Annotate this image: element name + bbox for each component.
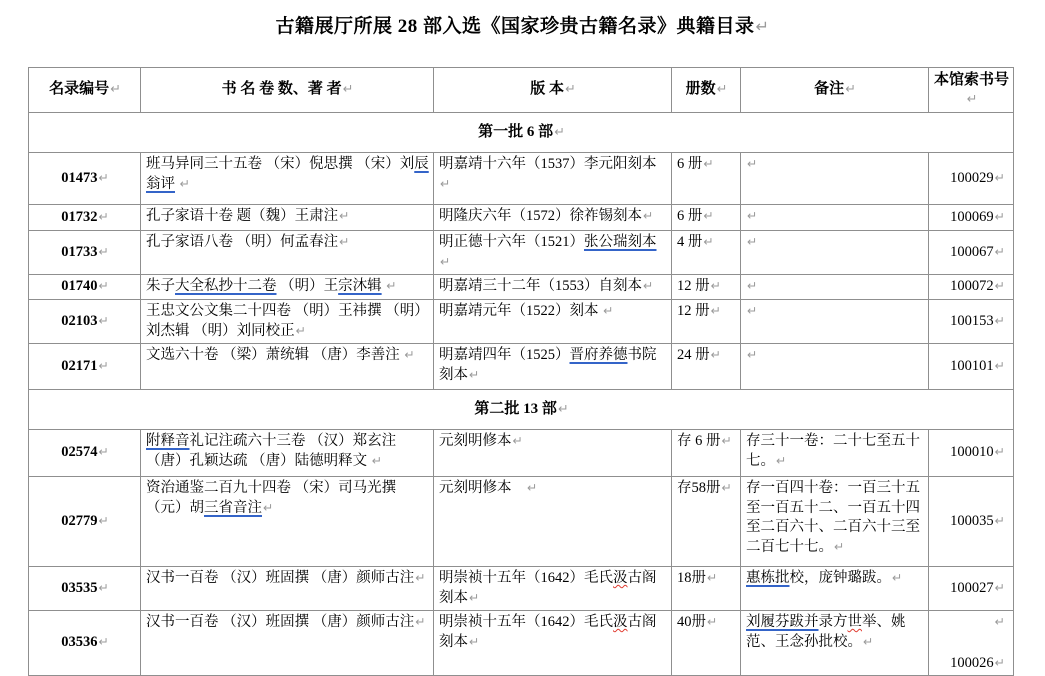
remarks-cell: ↵	[741, 231, 929, 275]
catalog-table: 名录编号↵书 名 卷 数、著 者↵版 本↵册数↵备注↵本馆索书号↵ 第一批 6 …	[28, 67, 1014, 676]
call-number-cell: 100153↵	[929, 300, 1014, 344]
call-number: 100067	[950, 244, 994, 260]
cell-text: 校，庞钟璐跋。	[790, 570, 892, 586]
table-head: 名录编号↵书 名 卷 数、著 者↵版 本↵册数↵备注↵本馆索书号↵	[29, 68, 1014, 113]
paragraph-mark-icon: ↵	[404, 348, 414, 362]
call-number-cell: 100069↵	[929, 205, 1014, 231]
paragraph-mark-icon: ↵	[995, 279, 1005, 293]
call-number: 100029	[950, 170, 994, 186]
paragraph-mark-icon: ↵	[98, 635, 108, 649]
section-row: 第一批 6 部↵	[29, 113, 1014, 153]
paragraph-mark-icon: ↵	[469, 368, 479, 382]
paragraph-mark-icon: ↵	[339, 209, 349, 223]
paragraph-mark-icon: ↵	[415, 571, 425, 585]
cell-text: 明正德十六年（1521）	[439, 234, 584, 250]
paragraph-mark-icon: ↵	[776, 454, 786, 468]
paragraph-mark-icon: ↵	[98, 171, 108, 185]
column-header-3: 册数↵	[672, 68, 741, 113]
cell-text: 孔子家语八卷 （明）何孟春注	[146, 234, 338, 250]
paragraph-mark-icon: ↵	[711, 348, 721, 362]
cell-text: 存一百四十卷：一百三十五至一百五十二、一百五十四至二百六十、二百六十三至二百七十…	[746, 480, 920, 555]
table-body: 第一批 6 部↵01473↵班马异同三十五卷 （宋）倪思撰 （宋）刘辰翁评 ↵明…	[29, 113, 1014, 676]
column-header-1: 书 名 卷 数、著 者↵	[141, 68, 434, 113]
column-header-label: 备注	[814, 81, 844, 97]
cell-text: （明）王	[277, 278, 339, 294]
catalog-number-cell: 02779↵	[29, 477, 141, 567]
paragraph-mark-icon: ↵	[415, 615, 425, 629]
column-header-5: 本馆索书号↵	[929, 68, 1014, 113]
book-title-author-cell: 文选六十卷 （梁）萧统辑 （唐）李善注 ↵	[141, 344, 434, 390]
call-number: 100026	[950, 655, 994, 671]
proof-marked-text: 刘履芬跋并	[746, 614, 819, 630]
proof-marked-text: 三省音注	[204, 500, 262, 516]
paragraph-mark-icon: ↵	[892, 571, 902, 585]
call-number: 100072	[950, 278, 994, 294]
catalog-number-cell: 03536↵	[29, 611, 141, 676]
book-title-author-cell: 资治通鉴二百九十四卷 （宋）司马光撰 （元）胡三省音注↵	[141, 477, 434, 567]
paragraph-mark-icon: ↵	[834, 540, 844, 554]
paragraph-mark-icon: ↵	[372, 454, 382, 468]
paragraph-mark-icon: ↵	[747, 304, 757, 318]
paragraph-mark-icon: ↵	[603, 304, 613, 318]
paragraph-mark-icon: ↵	[98, 581, 108, 595]
paragraph-mark-icon: ↵	[98, 359, 108, 373]
call-number-cell: 100035↵	[929, 477, 1014, 567]
paragraph-mark-icon: ↵	[98, 279, 108, 293]
cell-text: 明嘉靖十六年（1537）李元阳刻本	[439, 156, 657, 172]
catalog-number-cell: 02171↵	[29, 344, 141, 390]
paragraph-mark-icon: ↵	[703, 235, 713, 249]
catalog-number: 02779	[61, 513, 97, 529]
paragraph-mark-icon: ↵	[707, 615, 717, 629]
catalog-number-cell: 01473↵	[29, 153, 141, 205]
edition-cell: 明嘉靖四年（1525）晋府养德书院刻本↵	[434, 344, 672, 390]
remarks-cell: ↵	[741, 344, 929, 390]
table-row: 02779↵资治通鉴二百九十四卷 （宋）司马光撰 （元）胡三省音注↵元刻明修本 …	[29, 477, 1014, 567]
cell-text: 录方	[819, 614, 848, 630]
paragraph-mark-icon: ↵	[98, 445, 108, 459]
section-label: 第二批 13 部	[474, 401, 557, 417]
call-number-cell: 100072↵	[929, 275, 1014, 300]
cell-text: 孔子家语十卷 题（魏）王肃注	[146, 208, 338, 224]
paragraph-mark-icon: ↵	[98, 210, 108, 224]
column-header-label: 名录编号	[49, 81, 109, 97]
paragraph-mark-icon: ↵	[995, 656, 1005, 670]
paragraph-mark-icon: ↵	[513, 434, 523, 448]
column-header-4: 备注↵	[741, 68, 929, 113]
proof-marked-text: 世	[848, 614, 863, 630]
table-row: 02103↵王忠文公文集二十四卷 （明）王祎撰 （明）刘杰辑 （明）刘同校正↵明…	[29, 300, 1014, 344]
call-number-cell: 100067↵	[929, 231, 1014, 275]
book-title-author-cell: 汉书一百卷 （汉）班固撰 （唐）颜师古注↵	[141, 611, 434, 676]
call-number: 100101	[950, 358, 994, 374]
paragraph-mark-icon: ↵	[995, 210, 1005, 224]
cell-text: 元刻明修本	[439, 480, 526, 496]
cell-text: 汉书一百卷 （汉）班固撰 （唐）颜师古注	[146, 570, 414, 586]
proof-marked-text: 宗沐辑	[338, 278, 382, 294]
call-number: 100035	[950, 513, 994, 529]
edition-cell: 元刻明修本 ↵	[434, 477, 672, 567]
cell-text: 文选六十卷 （梁）萧统辑 （唐）李善注	[146, 347, 403, 363]
paragraph-mark-icon: ↵	[995, 359, 1005, 373]
call-number: 100027	[950, 580, 994, 596]
paragraph-mark-icon: ↵	[722, 434, 732, 448]
volume-count-cell: 存58册↵	[672, 477, 741, 567]
table-row: 02171↵文选六十卷 （梁）萧统辑 （唐）李善注 ↵明嘉靖四年（1525）晋府…	[29, 344, 1014, 390]
section-label: 第一批 6 部	[478, 124, 553, 140]
call-number-cell: 100101↵	[929, 344, 1014, 390]
book-title-author-cell: 王忠文公文集二十四卷 （明）王祎撰 （明）刘杰辑 （明）刘同校正↵	[141, 300, 434, 344]
volume-count: 40册	[677, 614, 706, 630]
catalog-number-cell: 02103↵	[29, 300, 141, 344]
call-number: 100153	[950, 313, 994, 329]
volume-count-cell: 40册↵	[672, 611, 741, 676]
call-number-cell: 100029↵	[929, 153, 1014, 205]
volume-count-cell: 4 册↵	[672, 231, 741, 275]
cell-text: 元刻明修本	[439, 433, 512, 449]
remarks-cell: 存一百四十卷：一百三十五至一百五十二、一百五十四至二百六十、二百六十三至二百七十…	[741, 477, 929, 567]
paragraph-mark-icon: ↵	[554, 125, 565, 140]
catalog-number-cell: 02574↵	[29, 430, 141, 477]
table-row: 03535↵汉书一百卷 （汉）班固撰 （唐）颜师古注↵明崇祯十五年（1642）毛…	[29, 567, 1014, 611]
paragraph-mark-icon: ↵	[386, 279, 396, 293]
paragraph-mark-icon: ↵	[711, 304, 721, 318]
book-title-author-cell: 孔子家语十卷 题（魏）王肃注↵	[141, 205, 434, 231]
volume-count-cell: 24 册↵	[672, 344, 741, 390]
volume-count: 12 册	[677, 303, 710, 319]
paragraph-mark-icon: ↵	[296, 324, 306, 338]
volume-count: 6 册	[677, 156, 702, 172]
catalog-number: 01733	[61, 244, 97, 260]
paragraph-mark-icon: ↵	[440, 177, 450, 191]
proof-marked-text: 张公瑞刻本	[584, 234, 657, 250]
paragraph-mark-icon: ↵	[643, 279, 653, 293]
table-row: 01740↵朱子大全私抄十二卷 （明）王宗沐辑 ↵明嘉靖三十二年（1553）自刻…	[29, 275, 1014, 300]
cell-text: 王忠文公文集二十四卷 （明）王祎撰 （明）刘杰辑 （明）刘同校正	[146, 303, 429, 339]
catalog-number-cell: 03535↵	[29, 567, 141, 611]
paragraph-mark-icon: ↵	[722, 481, 732, 495]
paragraph-mark-icon: ↵	[469, 591, 479, 605]
table-header-row: 名录编号↵书 名 卷 数、著 者↵版 本↵册数↵备注↵本馆索书号↵	[29, 68, 1014, 113]
volume-count-cell: 存 6 册↵	[672, 430, 741, 477]
paragraph-mark-icon: ↵	[755, 17, 769, 36]
paragraph-mark-icon: ↵	[343, 82, 354, 97]
call-number-cell: 100010↵	[929, 430, 1014, 477]
column-header-label: 册数	[686, 81, 716, 97]
page-title: 古籍展厅所展 28 部入选《国家珍贵古籍名录》典籍目录↵	[0, 11, 1045, 38]
table-row: 03536↵汉书一百卷 （汉）班固撰 （唐）颜师古注↵明崇祯十五年（1642）毛…	[29, 611, 1014, 676]
catalog-number: 02103	[61, 313, 97, 329]
catalog-number-cell: 01740↵	[29, 275, 141, 300]
call-number-cell: 100027↵	[929, 567, 1014, 611]
cell-text: 明崇祯十五年（1642）毛氏	[439, 570, 613, 586]
book-title-author-cell: 附释音礼记注疏六十三卷 （汉）郑玄注 （唐）孔颖达疏 （唐）陆德明释文 ↵	[141, 430, 434, 477]
volume-count-cell: 6 册↵	[672, 205, 741, 231]
paragraph-mark-icon: ↵	[339, 235, 349, 249]
book-title-author-cell: 班马异同三十五卷 （宋）倪思撰 （宋）刘辰翁评 ↵	[141, 153, 434, 205]
proof-marked-text: 汲	[613, 570, 628, 586]
catalog-number: 03536	[61, 634, 97, 650]
edition-cell: 明正德十六年（1521）张公瑞刻本↵	[434, 231, 672, 275]
cell-text: 存三十一卷：二十七至五十七。	[746, 433, 920, 469]
paragraph-mark-icon: ↵	[863, 635, 873, 649]
edition-cell: 明嘉靖十六年（1537）李元阳刻本↵	[434, 153, 672, 205]
paragraph-mark-icon: ↵	[747, 235, 757, 249]
paragraph-mark-icon: ↵	[527, 481, 537, 495]
proof-marked-text: 惠栋批	[746, 570, 790, 586]
cell-text: 朱子	[146, 278, 175, 294]
paragraph-mark-icon: ↵	[110, 82, 121, 97]
volume-count: 24 册	[677, 347, 710, 363]
cell-text	[175, 176, 179, 192]
paragraph-mark-icon: ↵	[995, 245, 1005, 259]
paragraph-mark-icon: ↵	[995, 581, 1005, 595]
volume-count: 18册	[677, 570, 706, 586]
edition-cell: 明嘉靖元年（1522）刻本 ↵	[434, 300, 672, 344]
paragraph-mark-icon: ↵	[558, 402, 569, 417]
paragraph-mark-icon: ↵	[995, 445, 1005, 459]
call-number: 100010	[950, 444, 994, 460]
page-title-text: 古籍展厅所展 28 部入选《国家珍贵古籍名录》典籍目录	[275, 16, 754, 37]
section-label-cell: 第一批 6 部↵	[29, 113, 1014, 153]
paragraph-mark-icon: ↵	[98, 514, 108, 528]
remarks-cell: ↵	[741, 205, 929, 231]
remarks-cell: 惠栋批校，庞钟璐跋。↵	[741, 567, 929, 611]
volume-count-cell: 6 册↵	[672, 153, 741, 205]
paragraph-mark-icon: ↵	[440, 255, 450, 269]
paragraph-mark-icon: ↵	[995, 171, 1005, 185]
paragraph-mark-icon: ↵	[711, 279, 721, 293]
catalog-number: 03535	[61, 580, 97, 596]
column-header-label: 版 本	[530, 81, 564, 97]
catalog-number: 01732	[61, 209, 97, 225]
paragraph-mark-icon: ↵	[995, 514, 1005, 528]
column-header-0: 名录编号↵	[29, 68, 141, 113]
paragraph-mark-icon: ↵	[967, 92, 978, 107]
section-row: 第二批 13 部↵	[29, 390, 1014, 430]
paragraph-mark-icon: ↵	[263, 501, 273, 515]
paragraph-mark-icon: ↵	[995, 615, 1005, 629]
cell-text: 明嘉靖元年（1522）刻本	[439, 303, 602, 319]
call-number-cell: ↵100026↵	[929, 611, 1014, 676]
volume-count: 12 册	[677, 278, 710, 294]
proof-marked-text: 汲	[613, 614, 628, 630]
edition-cell: 明崇祯十五年（1642）毛氏汲古阁刻本↵	[434, 567, 672, 611]
proof-marked-text: 大全私抄十二卷	[175, 278, 277, 294]
catalog-number: 01473	[61, 170, 97, 186]
remarks-cell: ↵	[741, 275, 929, 300]
volume-count: 6 册	[677, 208, 702, 224]
section-label-cell: 第二批 13 部↵	[29, 390, 1014, 430]
table-row: 01733↵孔子家语八卷 （明）何孟春注↵明正德十六年（1521）张公瑞刻本↵4…	[29, 231, 1014, 275]
remarks-cell: ↵	[741, 300, 929, 344]
cell-text: 明崇祯十五年（1642）毛氏	[439, 614, 613, 630]
column-header-label: 本馆索书号	[934, 72, 1009, 88]
catalog-number-cell: 01733↵	[29, 231, 141, 275]
volume-count-cell: 18册↵	[672, 567, 741, 611]
paragraph-mark-icon: ↵	[747, 209, 757, 223]
paragraph-mark-icon: ↵	[180, 177, 190, 191]
table-row: 02574↵附释音礼记注疏六十三卷 （汉）郑玄注 （唐）孔颖达疏 （唐）陆德明释…	[29, 430, 1014, 477]
book-title-author-cell: 孔子家语八卷 （明）何孟春注↵	[141, 231, 434, 275]
paragraph-mark-icon: ↵	[845, 82, 856, 97]
volume-count-cell: 12 册↵	[672, 300, 741, 344]
paragraph-mark-icon: ↵	[703, 157, 713, 171]
catalog-number: 02171	[61, 358, 97, 374]
paragraph-mark-icon: ↵	[707, 571, 717, 585]
paragraph-mark-icon: ↵	[995, 314, 1005, 328]
edition-cell: 明隆庆六年（1572）徐祚锡刻本↵	[434, 205, 672, 231]
paragraph-mark-icon: ↵	[747, 279, 757, 293]
table-row: 01473↵班马异同三十五卷 （宋）倪思撰 （宋）刘辰翁评 ↵明嘉靖十六年（15…	[29, 153, 1014, 205]
remarks-cell: 存三十一卷：二十七至五十七。↵	[741, 430, 929, 477]
remarks-cell: ↵	[741, 153, 929, 205]
proof-marked-text: 晋府养德	[570, 347, 628, 363]
paragraph-mark-icon: ↵	[747, 348, 757, 362]
cell-text: 明隆庆六年（1572）徐祚锡刻本	[439, 208, 642, 224]
paragraph-mark-icon: ↵	[703, 209, 713, 223]
book-title-author-cell: 汉书一百卷 （汉）班固撰 （唐）颜师古注↵	[141, 567, 434, 611]
column-header-2: 版 本↵	[434, 68, 672, 113]
catalog-number-cell: 01732↵	[29, 205, 141, 231]
edition-cell: 元刻明修本↵	[434, 430, 672, 477]
paragraph-mark-icon: ↵	[565, 82, 576, 97]
call-number: 100069	[950, 209, 994, 225]
catalog-number: 01740	[61, 278, 97, 294]
paragraph-mark-icon: ↵	[98, 314, 108, 328]
edition-cell: 明崇祯十五年（1642）毛氏汲古阁刻本↵	[434, 611, 672, 676]
table-row: 01732↵孔子家语十卷 题（魏）王肃注↵明隆庆六年（1572）徐祚锡刻本↵6 …	[29, 205, 1014, 231]
cell-text: 班马异同三十五卷 （宋）倪思撰 （宋）刘	[146, 156, 414, 172]
paragraph-mark-icon: ↵	[717, 82, 728, 97]
cell-text: 明嘉靖三十二年（1553）自刻本	[439, 278, 642, 294]
paragraph-mark-icon: ↵	[98, 245, 108, 259]
column-header-label: 书 名 卷 数、著 者	[222, 81, 342, 97]
volume-count: 存 6 册	[677, 433, 721, 449]
volume-count: 存58册	[677, 480, 721, 496]
volume-count-cell: 12 册↵	[672, 275, 741, 300]
catalog-number: 02574	[61, 444, 97, 460]
document-page: { "title": { "text": "古籍展厅所展 28 部入选《国家珍贵…	[0, 0, 1045, 676]
paragraph-mark-icon: ↵	[643, 209, 653, 223]
paragraph-mark-icon: ↵	[469, 635, 479, 649]
book-title-author-cell: 朱子大全私抄十二卷 （明）王宗沐辑 ↵	[141, 275, 434, 300]
cell-text	[382, 278, 386, 294]
remarks-cell: 刘履芬跋并录方世举、姚范、王念孙批校。↵	[741, 611, 929, 676]
edition-cell: 明嘉靖三十二年（1553）自刻本↵	[434, 275, 672, 300]
proof-marked-text: 附释音	[146, 433, 190, 449]
paragraph-mark-icon: ↵	[747, 157, 757, 171]
cell-text: 汉书一百卷 （汉）班固撰 （唐）颜师古注	[146, 614, 414, 630]
cell-text: 明嘉靖四年（1525）	[439, 347, 570, 363]
volume-count: 4 册	[677, 234, 702, 250]
